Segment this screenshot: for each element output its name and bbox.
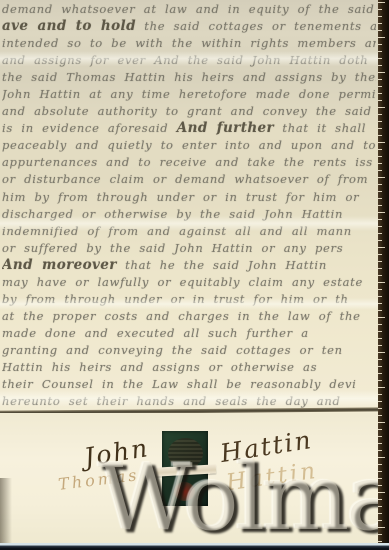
handwritten-line: or suffered by the said John Hattin or a… — [2, 240, 376, 257]
line-text: that it shall — [274, 121, 366, 135]
handwritten-line: and absolute authority to grant and conv… — [2, 103, 376, 120]
line-text: the said cottages or tenements and her — [136, 19, 376, 33]
line-text: made done and executed all such further … — [2, 326, 309, 340]
paper-crease — [0, 390, 378, 407]
handwritten-line: may have or lawfully or equitably claim … — [2, 274, 376, 291]
line-text: or suffered by the said John Hattin or a… — [2, 241, 343, 255]
paper-crease — [0, 51, 378, 66]
paper-crease — [0, 298, 378, 310]
line-text: granting and conveying the said cottages… — [2, 343, 343, 357]
handwritten-line: is in evidence aforesaid And further tha… — [2, 120, 376, 137]
paper-crease — [0, 216, 378, 231]
emphasized-phrase: And moreover — [2, 257, 117, 273]
handwritten-line: And moreover that he the said John Hatti… — [2, 257, 376, 274]
handwritten-line: intended so to be with the within rights… — [2, 35, 376, 52]
line-text: appurtenances and to receive and take th… — [2, 155, 373, 169]
handwritten-line: appurtenances and to receive and take th… — [2, 154, 376, 171]
line-text: Hattin his heirs and assigns or otherwis… — [2, 360, 317, 374]
wax-seal-bottom — [164, 472, 205, 511]
line-text: may have or lawfully or equitably claim … — [2, 275, 363, 289]
handwritten-line: peaceably and quietly to enter into and … — [2, 137, 376, 154]
line-text: intended so to be with the within rights… — [2, 36, 376, 50]
line-text: their Counsel in the Law shall be reason… — [2, 377, 357, 391]
line-text: him by from through under or in trust fo… — [2, 190, 359, 204]
handwritten-line: the said Thomas Hattin his heirs and ass… — [2, 69, 376, 86]
line-text: John Hattin at any time heretofore made … — [2, 87, 376, 101]
handwritten-line: made done and executed all such further … — [2, 325, 376, 342]
handwritten-line: John Hattin at any time heretofore made … — [2, 86, 376, 103]
page-corner-shadow — [0, 478, 12, 543]
line-text: at the proper costs and charges in the l… — [2, 309, 361, 323]
handwritten-line: or disturbance claim or demand whatsoeve… — [2, 171, 376, 188]
line-text: peaceably and quietly to enter into and … — [2, 138, 376, 152]
photo-bottom-edge — [0, 543, 389, 550]
emphasized-phrase: ave and to hold — [2, 18, 136, 34]
handwritten-line: Hattin his heirs and assigns or otherwis… — [2, 359, 376, 376]
line-text: demand whatsoever at law and in equity o… — [2, 2, 375, 16]
line-text: and absolute authority to grant and conv… — [2, 104, 376, 118]
scanned-deed-page: demand whatsoever at law and in equity o… — [0, 0, 389, 550]
line-text: is in evidence aforesaid — [2, 121, 177, 135]
line-text: or disturbance claim or demand whatsoeve… — [2, 172, 368, 186]
handwritten-line: demand whatsoever at law and in equity o… — [2, 1, 376, 18]
ruler-edge — [378, 0, 389, 544]
line-text: the said Thomas Hattin his heirs and ass… — [2, 70, 376, 84]
handwritten-line: him by from through under or in trust fo… — [2, 189, 376, 206]
line-text: that he the said John Hattin — [117, 258, 327, 272]
handwritten-line: at the proper costs and charges in the l… — [2, 308, 376, 325]
ruler-major-ticks — [378, 2, 385, 546]
handwritten-line: granting and conveying the said cottages… — [2, 342, 376, 359]
handwritten-line: ave and to hold the said cottages or ten… — [2, 18, 376, 35]
emphasized-phrase: And further — [177, 120, 274, 136]
